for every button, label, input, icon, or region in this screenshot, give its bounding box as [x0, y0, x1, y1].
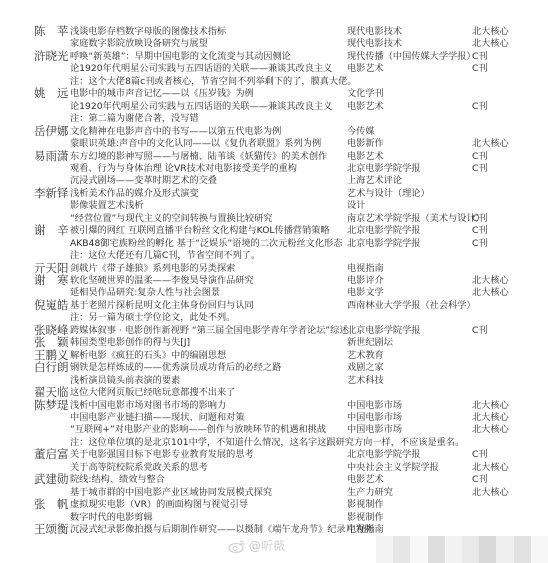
- author-name: 陈 苹: [34, 25, 70, 38]
- journal-name: 北京电影学院学报: [347, 237, 421, 250]
- paper-row: 易雨潇东方幻境的影神写照——与屠楠、陆苇谈《妖猫传》的美术创作电影艺术C刊: [0, 150, 548, 163]
- journal-name: 上海艺术评论: [347, 174, 402, 187]
- paper-row: 注：这位单位填的是北京101中学，不知道什么情况，这名字这跟研究方向一样，不应该…: [0, 436, 548, 449]
- paper-row: 注：第二篇为谢佬合著，没写错: [0, 112, 548, 125]
- paper-title: 注：第二篇为谢佬合著，没写错: [70, 112, 199, 125]
- journal-grade: C刊: [472, 324, 488, 337]
- journal-name: 北京电影学院学报: [347, 324, 421, 337]
- journal-grade: C刊: [472, 224, 488, 237]
- paper-row: 李新铎浅析美术作品的媒介及形式演变艺术与设计（理论）: [0, 187, 548, 200]
- paper-title: 虚拟现实电影（VR）的画面构图与视觉引导: [70, 498, 248, 511]
- paper-row: 王鹏义解析电影《疯狂的石头》中的编剧思想艺术教育: [0, 349, 548, 362]
- journal-grade: C刊: [472, 162, 488, 175]
- journal-name: 电影艺术: [347, 150, 384, 163]
- paper-row: 亓天阳剑戟片《带子雄狼》系列电影的另类探索电视指南: [0, 262, 548, 275]
- paper-title: 浅析中国电影市场对图书市场的影响力: [70, 399, 226, 412]
- journal-grade: 北大核心: [472, 461, 509, 474]
- paper-row: 延相昊作品研究:复杂人性与社会图景电影文学北大核心: [0, 286, 548, 299]
- paper-title: 基于城市群的中国电影产业区域协同发展模式探究: [70, 486, 272, 499]
- watermark-text: @昕薇: [249, 537, 285, 554]
- author-name: 李新铎: [34, 187, 70, 200]
- journal-name: 电视指南: [347, 523, 384, 536]
- author-name: 谢 寒: [34, 274, 70, 287]
- paper-row: 张 帆虚拟现实电影（VR）的画面构图与视觉引导影视制作: [0, 498, 548, 511]
- author-name: 岳伊娜: [34, 125, 70, 138]
- blurred-corner-mosaic: [376, 536, 548, 563]
- paper-row: 武建勋院线:结构、绩效与整合电影艺术C刊: [0, 473, 548, 486]
- journal-name: 文化学刊: [347, 87, 384, 100]
- journal-name: 艺术与设计（理论）: [347, 187, 430, 200]
- journal-name: 北京电影学院学报: [347, 224, 421, 237]
- paper-title: 影像装置艺术浅析: [70, 199, 144, 212]
- journal-name: 北京电影学院学报: [347, 162, 421, 175]
- paper-title: 沉浸式剧场——变革时期艺术的交叠: [70, 174, 217, 187]
- paper-title: 浅析美术作品的媒介及形式演变: [70, 187, 199, 200]
- watermark: @昕薇: [228, 537, 285, 554]
- paper-title: 电影中的城市声音记忆——以《压岁钱》为例: [70, 87, 254, 100]
- paper-title: 关于电影强国目标下电影专业教育发展的思考: [70, 448, 254, 461]
- paper-title: 韩国类型电影创作的得与失[J]: [70, 336, 190, 349]
- journal-name: 现代传播（中国传媒大学学报）: [347, 50, 476, 63]
- journal-name: 艺术教育: [347, 349, 384, 362]
- paper-row: 谢 寒软化坚硬世界的温柔——李俊昊导演作品研究电影评介北大核心: [0, 274, 548, 287]
- journal-name: 现代电影技术: [347, 37, 402, 50]
- author-name: 倪嵬皓: [34, 299, 70, 312]
- weibo-icon: [228, 539, 246, 553]
- journal-grade: C刊: [472, 212, 488, 225]
- paper-title: 院线:结构、绩效与整合: [70, 473, 165, 486]
- paper-title: 呼唤“新英雄”：早期中国电影的文化流变与其动因侧论: [70, 50, 291, 63]
- paper-title: 沉浸式纪录影像拍摄与后期制作研究——以摄制《端午龙舟节》纪录片为例: [70, 523, 373, 536]
- journal-name: 现代电影技术: [347, 25, 402, 38]
- paper-title: “互联网+”对电影产业的影响——创作与放映环节的机遇和挑战: [70, 423, 326, 436]
- author-name: 白行朗: [34, 361, 70, 374]
- paper-title: AKB48御宅族粉丝的孵化 基于“泛娱乐”语境的二次元粉丝文化形态: [70, 237, 342, 250]
- paper-row: 注：另一篇为硕士学位论文，此处不列。: [0, 311, 548, 324]
- paper-row: 白行朗钢铁是怎样炼成的——优秀演员成功背后的必经之路戏剧之家: [0, 361, 548, 374]
- journal-name: 新世纪剧坛: [347, 336, 393, 349]
- journal-name: 电影文学: [347, 286, 384, 299]
- journal-grade: 北大核心: [472, 274, 509, 287]
- author-name: 浒晓光: [34, 50, 70, 63]
- paper-row: 姚 远电影中的城市声音记忆——以《压岁钱》为例文化学刊: [0, 87, 548, 100]
- journal-grade: C刊: [472, 62, 488, 75]
- paper-row: 论1920年代明星公司实践与五四话语的关联——兼谈其改良主义电影艺术C刊: [0, 100, 548, 113]
- paper-row: “互联网+”对电影产业的影响——创作与放映环节的机遇和挑战中国电影市场北大核心: [0, 423, 548, 436]
- journal-name: 电视指南: [347, 262, 384, 275]
- journal-name: 生产力研究: [347, 486, 393, 499]
- paper-row: “经营位置”与现代主义的空间转换与置换比较研究南京艺术学院学报（美术与设计）C刊: [0, 212, 548, 225]
- journal-name: 中国电影市场: [347, 399, 402, 412]
- paper-row: 观看、行为与身体治理 论VR技术对电影接受美学的重构北京电影学院学报C刊: [0, 162, 548, 175]
- paper-title: 被引爆的网红 互联网直播平台粉丝文化构建与KOL传播营销策略: [70, 224, 330, 237]
- journal-grade: C刊: [472, 448, 488, 461]
- paper-title: 蒙眼识英雄:声音中的文化认同——以《复仇者联盟》系列为例: [70, 137, 321, 150]
- paper-title: 这位大佬网页版已经啥玩意都搜不出来了: [70, 386, 235, 399]
- journal-grade: C刊: [472, 237, 488, 250]
- journal-grade: C刊: [472, 473, 488, 486]
- paper-row: 影像装置艺术浅析设计: [0, 199, 548, 212]
- paper-title: 浅析演员镜头前表演的要素: [70, 374, 180, 387]
- journal-grade: 北大核心: [472, 25, 509, 38]
- paper-row: 蒙眼识英雄:声音中的文化认同——以《复仇者联盟》系列为例电影新作北大核心: [0, 137, 548, 150]
- paper-title: 注：另一篇为硕士学位论文，此处不列。: [70, 311, 235, 324]
- paper-title: 钢铁是怎样炼成的——优秀演员成功背后的必经之路: [70, 361, 281, 374]
- paper-row: 数字时代的电影剪辑影视制作: [0, 511, 548, 524]
- journal-grade: 北大核心: [472, 486, 509, 499]
- paper-title: 论1920年代明星公司实践与五四话语的关联——兼谈其改良主义: [70, 62, 332, 75]
- journal-name: 南京艺术学院学报（美术与设计）: [347, 212, 485, 225]
- author-name: 谢 辛: [34, 224, 70, 237]
- paper-row: 董启富关于电影强国目标下电影专业教育发展的思考北京电影学院学报C刊: [0, 448, 548, 461]
- paper-title: 观看、行为与身体治理 论VR技术对电影接受美学的重构: [70, 162, 297, 175]
- journal-name: 设计: [347, 199, 365, 212]
- paper-title: 东方幻境的影神写照——与屠楠、陆苇谈《妖猫传》的美术创作: [70, 150, 327, 163]
- author-name: 武建勋: [34, 473, 70, 486]
- journal-grade: 北大核心: [472, 423, 509, 436]
- author-name: 易雨潇: [34, 150, 70, 163]
- journal-name: 电影艺术: [347, 473, 384, 486]
- paper-title: 中国电影产业链扫描——现状、问题和对策: [70, 411, 245, 424]
- journal-name: 中国电影市场: [347, 423, 402, 436]
- journal-name: 电影艺术: [347, 62, 384, 75]
- paper-title: 基于老照片探析昆明文化主体身份回归与认同: [70, 299, 254, 312]
- journal-name: 电影评介: [347, 274, 384, 287]
- journal-name: 影视制作: [347, 498, 384, 511]
- journal-grade: 北大核心: [472, 411, 509, 424]
- journal-grade: 北大核心: [472, 399, 509, 412]
- paper-title: “经营位置”与现代主义的空间转换与置换比较研究: [70, 212, 272, 225]
- journal-name: 北京电影学院学报: [347, 448, 421, 461]
- journal-name: 影视制作: [347, 511, 384, 524]
- paper-title: 注：这位大佬还有几篇C刊，节省空间不列了。: [70, 249, 260, 262]
- paper-row: 家庭数字影院放映设备研究与展望现代电影技术北大核心: [0, 37, 548, 50]
- paper-row: 基于城市群的中国电影产业区域协同发展模式探究生产力研究北大核心: [0, 486, 548, 499]
- paper-title: 浅谈电影存档数字母版的图像技术指标: [70, 25, 226, 38]
- paper-title: 延相昊作品研究:复杂人性与社会图景: [70, 286, 220, 299]
- paper-row: AKB48御宅族粉丝的孵化 基于“泛娱乐”语境的二次元粉丝文化形态北京电影学院学…: [0, 237, 548, 250]
- author-name: 陈梦瑅: [34, 399, 70, 412]
- paper-row: 张 颖韩国类型电影创作的得与失[J]新世纪剧坛: [0, 336, 548, 349]
- paper-title: 跨媒体叙事 · 电影创作新视野 “第三届全国电影学青年学者论坛”综述: [70, 324, 348, 337]
- paper-row: 关于高等院校院系党政关系的思考中央社会主义学院学报北大核心: [0, 461, 548, 474]
- journal-grade: C刊: [472, 100, 488, 113]
- author-name: 王颂衡: [34, 523, 70, 536]
- author-name: 董启富: [34, 448, 70, 461]
- paper-row: 倪嵬皓基于老照片探析昆明文化主体身份回归与认同西南林业大学学报（社会科学）: [0, 299, 548, 312]
- paper-title: 解析电影《疯狂的石头》中的编剧思想: [70, 349, 226, 362]
- journal-name: 中央社会主义学院学报: [347, 461, 439, 474]
- paper-title: 关于高等院校院系党政关系的思考: [70, 461, 208, 474]
- paper-row: 浅析演员镜头前表演的要素艺术科技: [0, 374, 548, 387]
- journal-name: 电影新作: [347, 137, 384, 150]
- journal-name: 电影艺术: [347, 100, 384, 113]
- paper-row: 论1920年代明星公司实践与五四话语的关联——兼谈其改良主义电影艺术C刊: [0, 62, 548, 75]
- paper-title: 注：这个大佬8篇c刊或者核心，节省空间不列举剩下的了，膜真大佬。: [70, 75, 357, 88]
- author-name: 张 帆: [34, 498, 70, 511]
- journal-grade: 北大核心: [472, 286, 509, 299]
- journal-name: 戏剧之家: [347, 361, 384, 374]
- paper-title: 数字时代的电影剪辑: [70, 511, 153, 524]
- paper-title: 论1920年代明星公司实践与五四话语的关联——兼谈其改良主义: [70, 100, 332, 113]
- paper-title: 文化精神在电影声音中的书写——以第五代电影为例: [70, 125, 281, 138]
- paper-row: 岳伊娜文化精神在电影声音中的书写——以第五代电影为例今传媒: [0, 125, 548, 138]
- paper-row: 注：这位大佬还有几篇C刊，节省空间不列了。: [0, 249, 548, 262]
- paper-row: 张晓峰跨媒体叙事 · 电影创作新视野 “第三届全国电影学青年学者论坛”综述北京电…: [0, 324, 548, 337]
- paper-row: 沉浸式剧场——变革时期艺术的交叠上海艺术评论: [0, 174, 548, 187]
- journal-grade: C刊: [472, 50, 488, 63]
- paper-row: 陈 苹浅谈电影存档数字母版的图像技术指标现代电影技术北大核心: [0, 25, 548, 38]
- paper-title: 家庭数字影院放映设备研究与展望: [70, 37, 208, 50]
- paper-row: 王颂衡沉浸式纪录影像拍摄与后期制作研究——以摄制《端午龙舟节》纪录片为例电视指南: [0, 523, 548, 536]
- journal-grade: 北大核心: [472, 137, 509, 150]
- journal-name: 西南林业大学学报（社会科学）: [347, 299, 476, 312]
- author-name: 姚 远: [34, 87, 70, 100]
- journal-grade: 北大核心: [472, 37, 509, 50]
- paper-row: 陈梦瑅浅析中国电影市场对图书市场的影响力中国电影市场北大核心: [0, 399, 548, 412]
- paper-row: 翟天临这位大佬网页版已经啥玩意都搜不出来了: [0, 386, 548, 399]
- paper-title: 剑戟片《带子雄狼》系列电影的另类探索: [70, 262, 235, 275]
- journal-name: 艺术科技: [347, 374, 384, 387]
- paper-row: 中国电影产业链扫描——现状、问题和对策中国电影市场北大核心: [0, 411, 548, 424]
- journal-name: 今传媒: [347, 125, 375, 138]
- journal-grade: C刊: [472, 150, 488, 163]
- paper-row: 注：这个大佬8篇c刊或者核心，节省空间不列举剩下的了，膜真大佬。: [0, 75, 548, 88]
- paper-title: 注：这位单位填的是北京101中学，不知道什么情况，这名字这跟研究方向一样，不应该…: [70, 436, 464, 449]
- journal-name: 中国电影市场: [347, 411, 402, 424]
- paper-title: 软化坚硬世界的温柔——李俊昊导演作品研究: [70, 274, 254, 287]
- paper-row: 浒晓光呼唤“新英雄”：早期中国电影的文化流变与其动因侧论现代传播（中国传媒大学学…: [0, 50, 548, 63]
- paper-row: 谢 辛被引爆的网红 互联网直播平台粉丝文化构建与KOL传播营销策略北京电影学院学…: [0, 224, 548, 237]
